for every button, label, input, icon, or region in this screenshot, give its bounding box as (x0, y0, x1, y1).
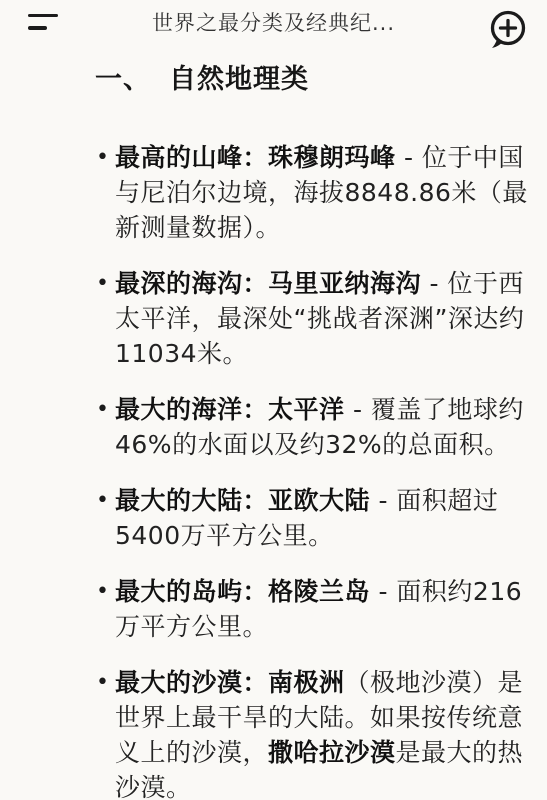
menu-bar-top (28, 14, 58, 17)
plus-bubble-svg (485, 8, 529, 52)
list-item-largest-island: • 最大的岛屿：格陵兰岛 - 面积约216万平方公里。 (96, 574, 529, 644)
item-text: 最大的海洋：太平洋 - 覆盖了地球约46%的水面以及约32%的总面积。 (115, 392, 529, 462)
item-text: 最大的大陆：亚欧大陆 - 面积超过5400万平方公里。 (115, 483, 529, 553)
new-chat-plus-icon[interactable] (485, 8, 529, 56)
list-item-highest-mountain: • 最高的山峰：珠穆朗玛峰 - 位于中国与尼泊尔边境，海拔8848.86米（最新… (96, 140, 529, 245)
item-term: 最大的岛屿：格陵兰岛 (115, 577, 370, 606)
item-term: 最高的山峰：珠穆朗玛峰 (115, 143, 396, 172)
item-term: 最大的沙漠：南极洲 (115, 668, 345, 697)
item-text: 最高的山峰：珠穆朗玛峰 - 位于中国与尼泊尔边境，海拔8848.86米（最新测量… (115, 140, 529, 245)
section-heading: 一、自然地理类 (95, 64, 547, 96)
page-title: 世界之最分类及经典纪... (152, 8, 395, 38)
bullet-dot: • (96, 266, 115, 371)
item-text: 最大的岛屿：格陵兰岛 - 面积约216万平方公里。 (115, 574, 529, 644)
menu-icon[interactable] (28, 14, 58, 30)
list-item-largest-continent: • 最大的大陆：亚欧大陆 - 面积超过5400万平方公里。 (96, 483, 529, 553)
item-term: 最大的海洋：太平洋 (115, 395, 345, 424)
item-text: 最深的海沟：马里亚纳海沟 - 位于西太平洋，最深处“挑战者深渊”深达约11034… (115, 266, 529, 371)
bullet-dot: • (96, 392, 115, 462)
item-text: 最大的沙漠：南极洲（极地沙漠）是世界上最干旱的大陆。如果按传统意义上的沙漠，撒哈… (115, 665, 529, 800)
item-term-secondary: 撒哈拉沙漠 (268, 738, 396, 767)
item-term: 最深的海沟：马里亚纳海沟 (115, 269, 421, 298)
item-term: 最大的大陆：亚欧大陆 (115, 486, 370, 515)
menu-bar-bottom (28, 26, 47, 29)
section-title: 自然地理类 (169, 64, 309, 95)
bullet-dot: • (96, 140, 115, 245)
bullet-dot: • (96, 574, 115, 644)
list-item-largest-ocean: • 最大的海洋：太平洋 - 覆盖了地球约46%的水面以及约32%的总面积。 (96, 392, 529, 462)
bullet-dot: • (96, 665, 115, 800)
list-item-largest-desert: • 最大的沙漠：南极洲（极地沙漠）是世界上最干旱的大陆。如果按传统意义上的沙漠，… (96, 665, 529, 800)
record-list: • 最高的山峰：珠穆朗玛峰 - 位于中国与尼泊尔边境，海拔8848.86米（最新… (0, 140, 547, 800)
top-bar: 世界之最分类及经典纪... (0, 0, 547, 48)
section-number: 一、 (95, 64, 151, 95)
page: 世界之最分类及经典纪... 一、自然地理类 • 最高的山峰：珠穆朗玛峰 - 位于… (0, 0, 547, 800)
bullet-dot: • (96, 483, 115, 553)
list-item-deepest-trench: • 最深的海沟：马里亚纳海沟 - 位于西太平洋，最深处“挑战者深渊”深达约110… (96, 266, 529, 371)
